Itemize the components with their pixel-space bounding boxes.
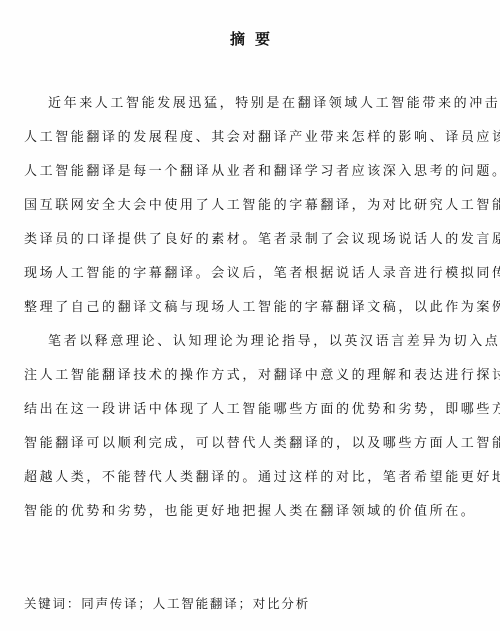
text-line: 整理了自己的翻译文稿与现场人工智能的字幕翻译文稿，以此作为案例进行分析。 (24, 296, 484, 330)
text-line: 人工智能翻译是每一个翻译从业者和翻译学习者应该深入思考的问题。2018 中 (24, 160, 484, 194)
text-line: 近年来人工智能发展迅猛，特别是在翻译领域人工智能带来的冲击不可小觑。 (24, 92, 484, 126)
keywords-line: 关键词：同声传译；人工智能翻译；对比分析 (24, 594, 310, 612)
paragraph-2: 笔者以释意理论、认知理论为理论指导，以英汉语言差异为切入点，同时关 注人工智能翻… (24, 330, 484, 534)
text-line: 人工智能翻译的发展程度、其会对翻译产业带来怎样的影响、译员应该如何看待 (24, 126, 484, 160)
keywords-label: 关键词： (24, 596, 81, 611)
text-line: 笔者以释意理论、认知理论为理论指导，以英汉语言差异为切入点，同时关 (24, 330, 484, 364)
abstract-body: 近年来人工智能发展迅猛，特别是在翻译领域人工智能带来的冲击不可小觑。 人工智能翻… (24, 92, 484, 534)
text-line: 超越人类，不能替代人类翻译的。通过这样的对比，笔者希望能更好地认识人工 (24, 466, 484, 500)
document-page: 摘要 近年来人工智能发展迅猛，特别是在翻译领域人工智能带来的冲击不可小觑。 人工… (0, 0, 500, 631)
abstract-title: 摘要 (0, 28, 500, 49)
text-line: 智能的优势和劣势，也能更好地把握人类在翻译领域的价值所在。 (24, 500, 484, 534)
text-line: 现场人工智能的字幕翻译。会议后，笔者根据说话人录音进行模拟同传翻译，并 (24, 262, 484, 296)
text-line: 类译员的口译提供了良好的素材。笔者录制了会议现场说话人的发言原声，以及 (24, 228, 484, 262)
text-line: 注人工智能翻译技术的操作方式，对翻译中意义的理解和表达进行探讨，希望总 (24, 364, 484, 398)
text-line: 智能翻译可以顺利完成，可以替代人类翻译的，以及哪些方面人工智能仍然无法 (24, 432, 484, 466)
text-line: 结出在这一段讲话中体现了人工智能哪些方面的优势和劣势，即哪些方面是人工 (24, 398, 484, 432)
paragraph-1: 近年来人工智能发展迅猛，特别是在翻译领域人工智能带来的冲击不可小觑。 人工智能翻… (24, 92, 484, 330)
text-line: 国互联网安全大会中使用了人工智能的字幕翻译，为对比研究人工智能翻译和人 (24, 194, 484, 228)
keywords-list: 同声传译；人工智能翻译；对比分析 (81, 596, 310, 611)
